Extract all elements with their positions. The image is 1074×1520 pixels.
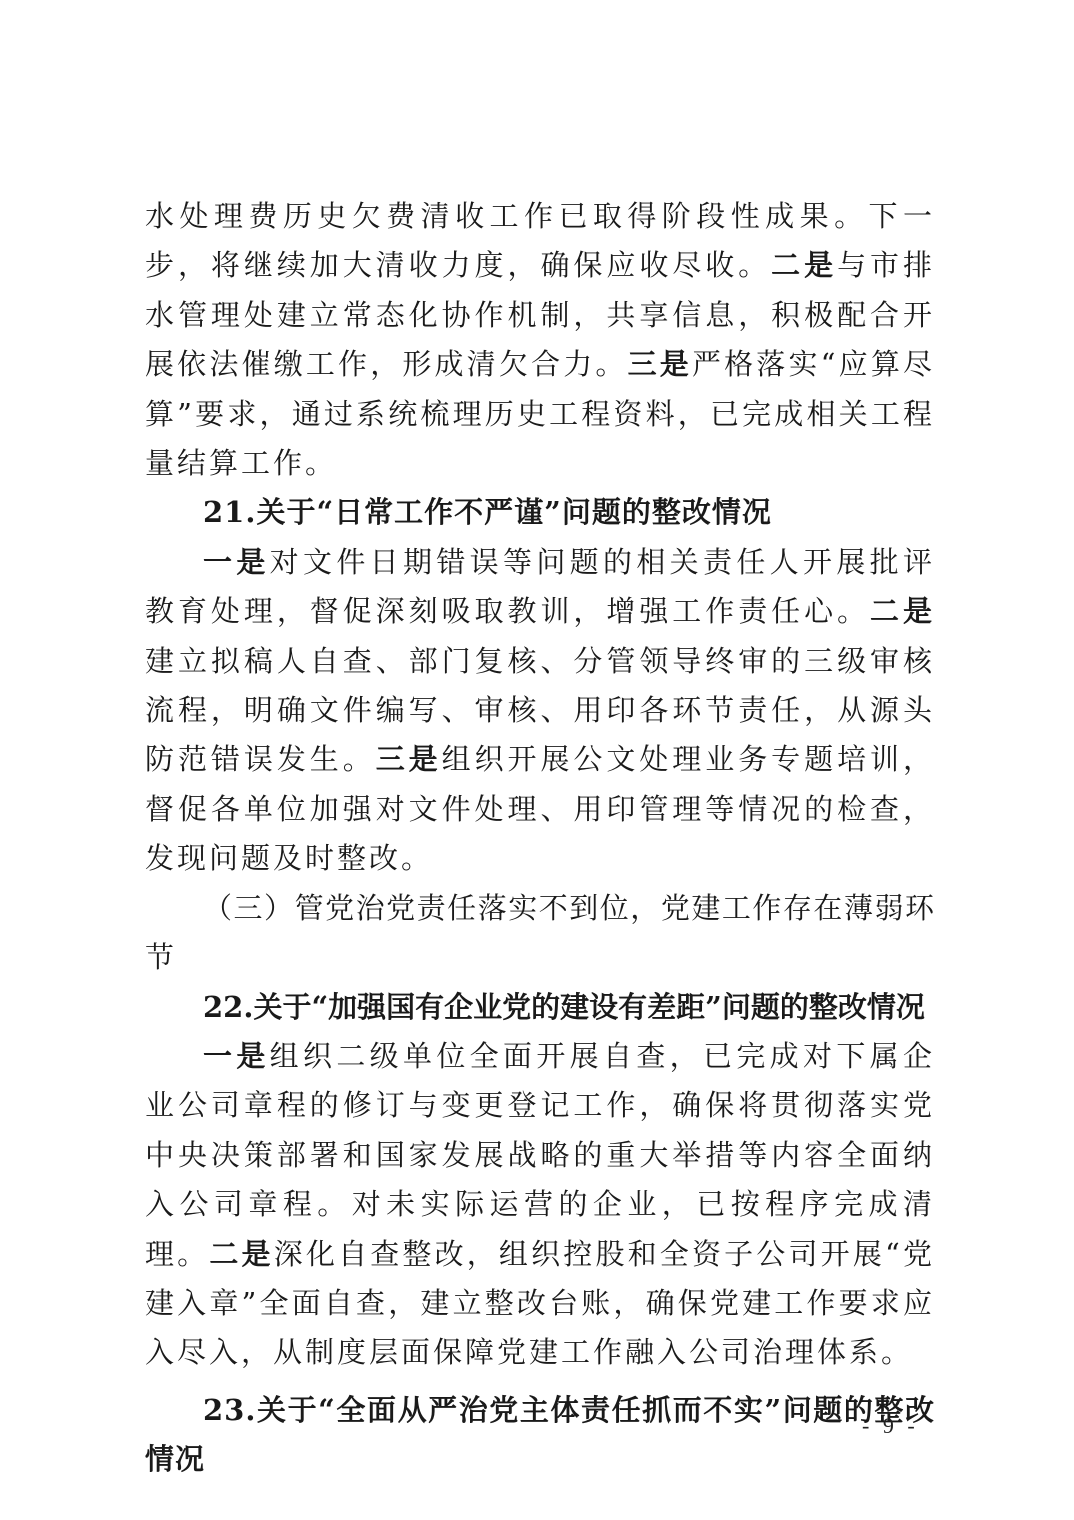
paragraph-continuation: 水处理费历史欠费清收工作已取得阶段性成果。下一步，将继续加大清收力度，确保应收尽… [145,192,935,488]
section-heading-23: 23.关于“全面从严治党主体责任抓而不实”问题的整改情况 [145,1386,935,1485]
ordinal-marker: 二是 [771,248,837,282]
document-page: 水处理费历史欠费清收工作已取得阶段性成果。下一步，将继续加大清收力度，确保应收尽… [145,192,935,1485]
ordinal-marker: 二是 [209,1237,273,1271]
ordinal-marker: 一是 [203,1039,270,1073]
section-heading-21: 21.关于“日常工作不严谨”问题的整改情况 [145,488,935,537]
section-heading-22: 22.关于“加强国有企业党的建设有差距”问题的整改情况 [145,983,935,1032]
paragraph-21-body: 一是对文件日期错误等问题的相关责任人开展批评教育处理，督促深刻吸取教训，增强工作… [145,538,935,884]
ordinal-marker: 一是 [203,545,270,579]
ordinal-marker: 二是 [870,594,935,628]
ordinal-marker: 三是 [376,742,442,776]
subsection-heading-3: （三）管党治党责任落实不到位，党建工作存在薄弱环节 [145,884,935,983]
page-number: - 9 - [862,1413,919,1439]
ordinal-marker: 三是 [628,347,692,381]
paragraph-22-body: 一是组织二级单位全面开展自查，已完成对下属企业公司章程的修订与变更登记工作，确保… [145,1032,935,1378]
